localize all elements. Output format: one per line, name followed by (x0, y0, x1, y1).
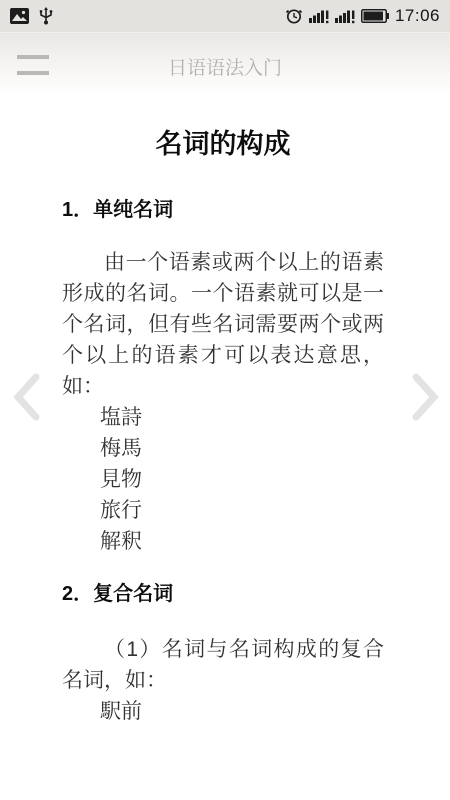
example-item: 旅行 (100, 495, 384, 526)
next-page-button[interactable] (408, 372, 442, 422)
section-paragraph-2: （1）名词与名词构成的复合名词，如： (62, 634, 384, 696)
lesson-content: 名词的构成 1．单纯名词 由一个语素或两个以上的语素形成的名词。一个语素就可以是… (0, 122, 450, 727)
page-title: 名词的构成 (62, 122, 384, 161)
gallery-icon (10, 8, 29, 24)
status-bar-right-icons: 17:06 (285, 6, 440, 26)
battery-icon (361, 9, 389, 23)
prev-page-button[interactable] (10, 372, 44, 422)
example-item: 見物 (100, 464, 384, 495)
section-paragraph-1: 由一个语素或两个以上的语素形成的名词。一个语素就可以是一个名词，但有些名词需要两… (62, 247, 384, 402)
example-list-1: 塩詩 梅馬 見物 旅行 解釈 (62, 402, 384, 557)
example-item: 塩詩 (100, 402, 384, 433)
status-time: 17:06 (395, 6, 440, 26)
alarm-icon (285, 7, 303, 25)
section-heading-1: 1．单纯名词 (62, 193, 384, 222)
app-header: 日语语法入门 (0, 33, 450, 95)
chevron-right-icon (408, 372, 442, 422)
example-item: 梅馬 (100, 433, 384, 464)
screen: { "status_bar": { "time": "17:06", "left… (0, 0, 450, 800)
example-list-2: 駅前 (62, 696, 384, 727)
header-title: 日语语法入门 (0, 53, 450, 80)
section-heading-2: 2．复合名词 (62, 577, 384, 606)
usb-icon (38, 7, 54, 25)
status-bar: 17:06 (0, 0, 450, 33)
signal-alert-icon (335, 9, 355, 24)
status-bar-left-icons (10, 7, 54, 25)
chevron-left-icon (10, 372, 44, 422)
example-item: 駅前 (100, 696, 384, 727)
example-item: 解釈 (100, 526, 384, 557)
signal-alert-icon (309, 9, 329, 24)
